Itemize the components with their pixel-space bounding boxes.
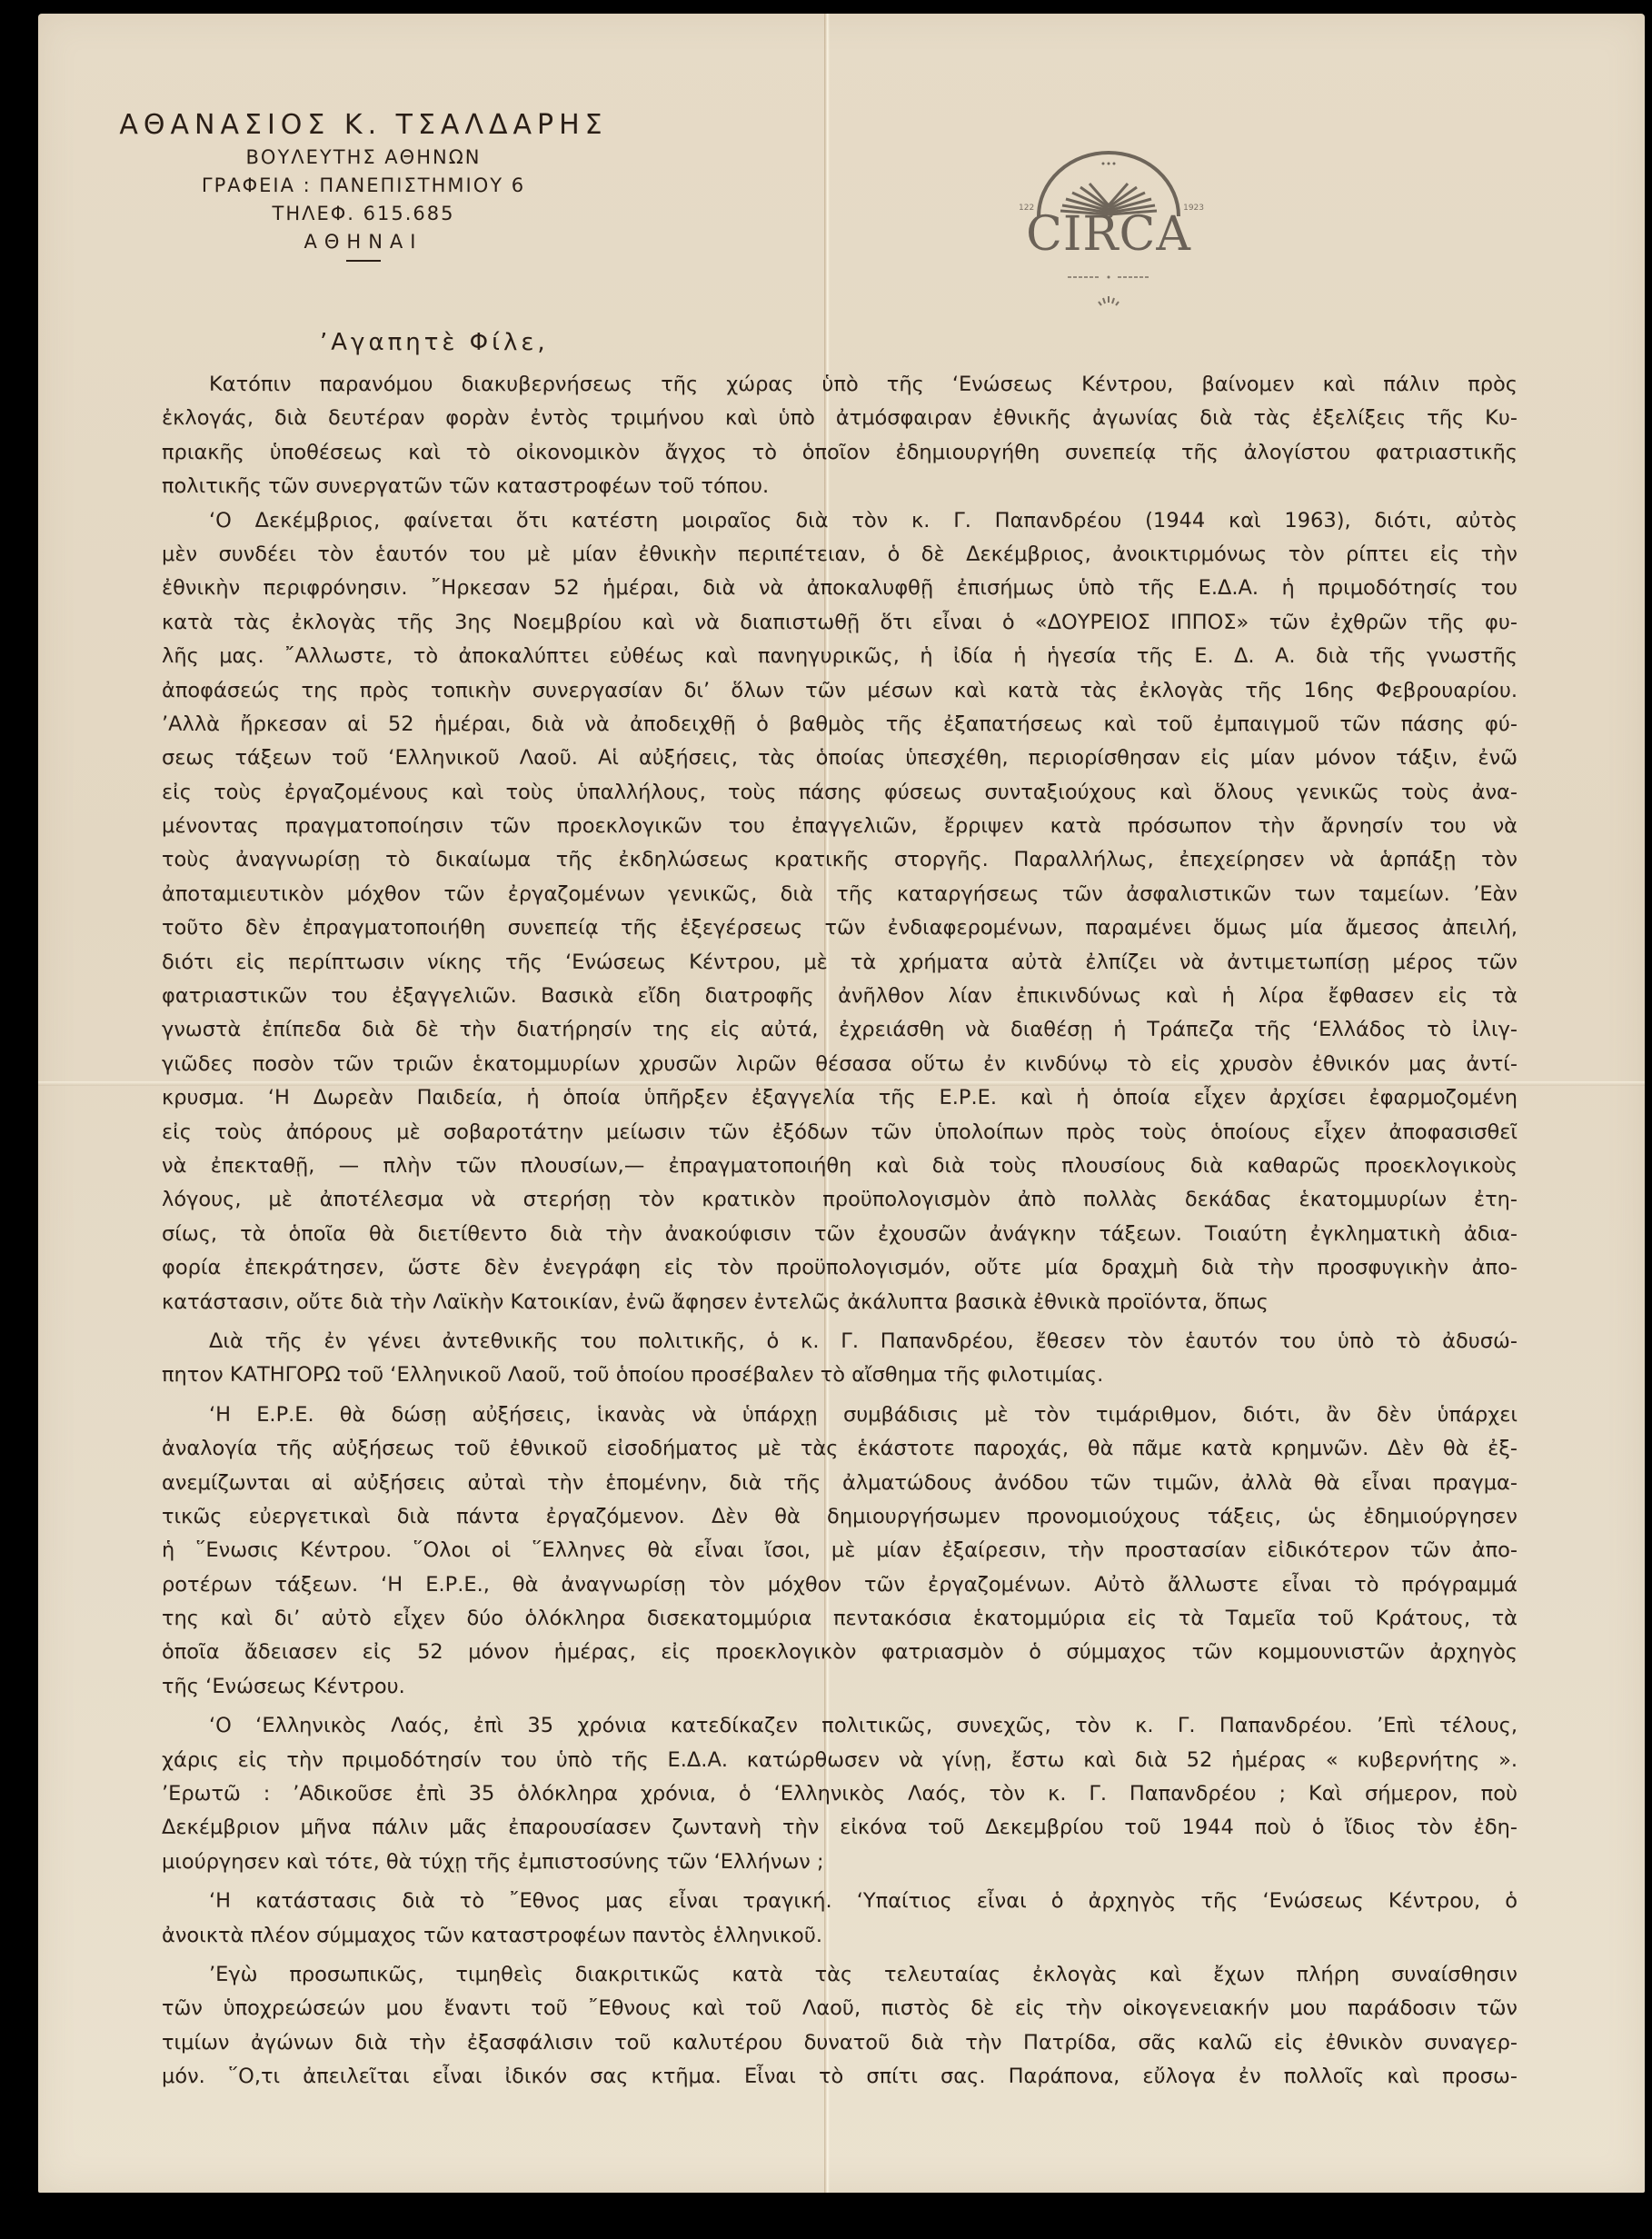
paragraph-2-line: διότι εἰς περίπτωσιν νίκης τῆς ‘Ενώσεως …	[162, 946, 1518, 980]
paragraph-4-line: τικῶς εὐεργετικαὶ διὰ πάντα ἐργαζόμενον.…	[162, 1500, 1518, 1534]
paragraph-4-line: τῆς ‘Ενώσεως Κέντρου.	[162, 1670, 1518, 1704]
paragraph-3-line: πητον ΚΑΤΗΓΟΡΩ τοῦ ‘Ελληνικοῦ Λαοῦ, τοῦ …	[162, 1358, 1518, 1392]
paragraph-7-line: μόν. ῞Ο,τι ἀπειλεῖται εἶναι ἰδικόν σας κ…	[162, 2060, 1518, 2094]
paragraph-2-line: σεως τάξεων τοῦ ‘Ελληνικοῦ Λαοῦ. Αἱ αὐξή…	[162, 741, 1518, 775]
paragraph-4-line: ανεμίζωνται αἱ αὐξήσεις αὐταὶ τὴν ἑπομέν…	[162, 1467, 1518, 1500]
paragraph-4-line: ‘Η Ε.Ρ.Ε. θὰ δώσῃ αὐξήσεις, ἱκανὰς νὰ ὑπ…	[162, 1398, 1518, 1432]
paragraph-2-line: γιῶδες ποσὸν τῶν τριῶν ἑκατομμυρίων χρυσ…	[162, 1048, 1518, 1081]
paragraph-2-line: λῆς μας. ῎Αλλωστε, τὸ ἀποκαλύπτει εὐθέως…	[162, 640, 1518, 673]
paragraph-5-line: μιούργησεν καὶ τότε, θὰ τύχῃ τῆς ἐμπιστο…	[162, 1846, 1518, 1879]
paragraph-2-line: ’Αλλὰ ἤρκεσαν αἱ 52 ἡμέραι, διὰ νὰ ἀποδε…	[162, 708, 1518, 741]
sender-office-address: ΓΡΑΦΕΙΑ : ΠΑΝΕΠΙΣΤΗΜΙΟΥ 6	[118, 172, 609, 200]
paragraph-2-line: ἐθνικὴν περιφρόνησιν. ῎Ηρκεσαν 52 ἡμέραι…	[162, 572, 1518, 605]
paragraph-4-line: ροτέρων τάξεων. ‘Η Ε.Ρ.Ε., θὰ ἀναγνωρίσῃ…	[162, 1568, 1518, 1602]
letterhead-divider	[346, 260, 381, 262]
circa-watermark-logo: 122 1923 CIRCA	[1004, 145, 1213, 309]
paragraph-2-line: σίως, τὰ ὁποῖα θὰ διετίθεντο διὰ τὴν ἀνα…	[162, 1218, 1518, 1251]
paragraph-2-line: μὲν συνδέει τὸν ἑαυτόν του μὲ μίαν ἐθνικ…	[162, 538, 1518, 572]
paragraph-5-line: ’Ερωτῶ : ’Αδικοῦσε ἐπὶ 35 ὁλόκληρα χρόνι…	[162, 1777, 1518, 1811]
paragraph-2-line: ἀποταμιευτικὸν μόχθον τῶν ἐργαζομένων γε…	[162, 878, 1518, 911]
paragraph-2-line: κρυσμα. ‘Η Δωρεὰν Παιδεία, ἡ ὁποία ὑπῆρξ…	[162, 1081, 1518, 1115]
paragraph-7-line: τιμίων ἀγώνων διὰ τὴν ἐξασφάλισιν τοῦ κα…	[162, 2026, 1518, 2060]
paragraph-2-line: κατάστασιν, οὔτε διὰ τὴν Λαϊκὴν Κατοικία…	[162, 1286, 1518, 1319]
paragraph-1-line: ἐκλογάς, διὰ δευτέραν φορὰν ἐντὸς τριμήν…	[162, 402, 1518, 435]
paragraph-3-line: Διὰ τῆς ἐν γένει ἀντεθνικῆς του πολιτικῆ…	[162, 1325, 1518, 1358]
paragraph-6-line: ἀνοικτὰ πλέον σύμμαχος τῶν καταστροφέων …	[162, 1919, 1518, 1953]
paragraph-1-line: Κατόπιν παρανόμου διακυβερνήσεως τῆς χώρ…	[162, 368, 1518, 402]
paragraph-4-line: ἀναλογία τῆς αὐξήσεως τοῦ ἐθνικοῦ εἰσοδή…	[162, 1432, 1518, 1466]
sender-city: ΑΘΗΝΑΙ	[118, 228, 609, 256]
paragraph-4-line: ἡ ῞Ενωσις Κέντρου. ῞Ολοι οἱ ῞Ελληνες θὰ …	[162, 1534, 1518, 1567]
paragraph-2-line: ἀποφάσεώς της πρὸς τοπικὴν συνεργασίαν δ…	[162, 674, 1518, 708]
paragraph-2-line: μένοντας πραγματοποίησιν τῶν προεκλογικῶ…	[162, 810, 1518, 843]
paragraph-2-line: γνωστὰ ἐπίπεδα διὰ δὲ τὴν διατήρησίν της…	[162, 1013, 1518, 1047]
paragraph-1-line: πριακῆς ὑποθέσεως καὶ τὸ οἰκονομικὸν ἄγχ…	[162, 436, 1518, 470]
logo-divider-ornament	[1004, 264, 1213, 318]
paragraph-5-line: Δεκέμβριον μῆνα πάλιν μᾶς ἐπαρουσίασεν ζ…	[162, 1811, 1518, 1845]
paragraph-2-line: λόγους, μὲ ἀποτέλεσμα νὰ στερήσῃ τὸν κρα…	[162, 1183, 1518, 1217]
paragraph-2-line: κατὰ τὰς ἐκλογὰς τῆς 3ης Νοεμβρίου καὶ ν…	[162, 606, 1518, 640]
paragraph-2-line: φορία ἐπεκράτησεν, ὥστε δὲν ἐνεγράφη εἰς…	[162, 1251, 1518, 1285]
paragraph-5-line: χάρις εἰς τὴν πριμοδότησίν του ὑπὸ τῆς Ε…	[162, 1744, 1518, 1777]
paragraph-5-line: ‘Ο ‘Ελληνικὸς Λαός, ἐπὶ 35 χρόνια κατεδί…	[162, 1709, 1518, 1743]
paragraph-4-line: της καὶ δι’ αὐτὸ εἶχεν δύο ὁλόκληρα δισε…	[162, 1602, 1518, 1636]
paragraph-1-line: πολιτικῆς τῶν συνεργατῶν τῶν καταστροφέω…	[162, 470, 1518, 503]
paragraph-6-line: ‘Η κατάστασις διὰ τὸ ῎Εθνος μας εἶναι τρ…	[162, 1885, 1518, 1918]
letter-greeting: ’Αγαπητὲ Φίλε,	[320, 329, 549, 356]
paragraph-2-line: εἰς τοὺς ἀπόρους μὲ σοβαροτάτην μείωσιν …	[162, 1116, 1518, 1149]
paragraph-2-line: εἰς τοὺς ἐργαζομένους καὶ τοὺς ὑπαλλήλου…	[162, 776, 1518, 810]
paragraph-7-line: τῶν ὑποχρεώσεών μου ἔναντι τοῦ ῎Εθνους κ…	[162, 1992, 1518, 2025]
paragraph-2-line: ‘Ο Δεκέμβριος, φαίνεται ὅτι κατέστη μοιρ…	[162, 504, 1518, 538]
sender-phone: ΤΗΛΕΦ. 615.685	[118, 200, 609, 228]
sender-name: ΑΘΑΝΑΣΙΟΣ Κ. ΤΣΑΛΔΑΡΗΣ	[118, 107, 609, 144]
paragraph-2-line: τοὺς ἀναγνωρίσῃ τὸ δικαίωμα τῆς ἐκδηλώσε…	[162, 843, 1518, 877]
logo-wordmark: CIRCA	[1004, 207, 1213, 262]
paragraph-2-line: φατριαστικῶν του ἐξαγγελιῶν. Βασικὰ εἴδη…	[162, 980, 1518, 1013]
paragraph-2-line: νὰ ἐπεκταθῇ, — πλὴν τῶν πλουσίων,— ἐπραγ…	[162, 1149, 1518, 1183]
paragraph-2-line: τοῦτο δὲν ἐπραγματοποιήθη συνεπείᾳ τῆς ἐ…	[162, 911, 1518, 945]
sender-title: ΒΟΥΛΕΥΤΗΣ ΑΘΗΝΩΝ	[118, 144, 609, 172]
letter-body: Κατόπιν παρανόμου διακυβερνήσεως τῆς χώρ…	[162, 368, 1518, 2095]
paragraph-4-line: ὁποῖα ἄδειασεν εἰς 52 μόνον ἡμέρας, εἰς …	[162, 1636, 1518, 1669]
paragraph-7-line: ’Εγὼ προσωπικῶς, τιμηθεὶς διακριτικῶς κα…	[162, 1958, 1518, 1992]
letterhead: ΑΘΑΝΑΣΙΟΣ Κ. ΤΣΑΛΔΑΡΗΣ ΒΟΥΛΕΥΤΗΣ ΑΘΗΝΩΝ …	[118, 107, 609, 262]
